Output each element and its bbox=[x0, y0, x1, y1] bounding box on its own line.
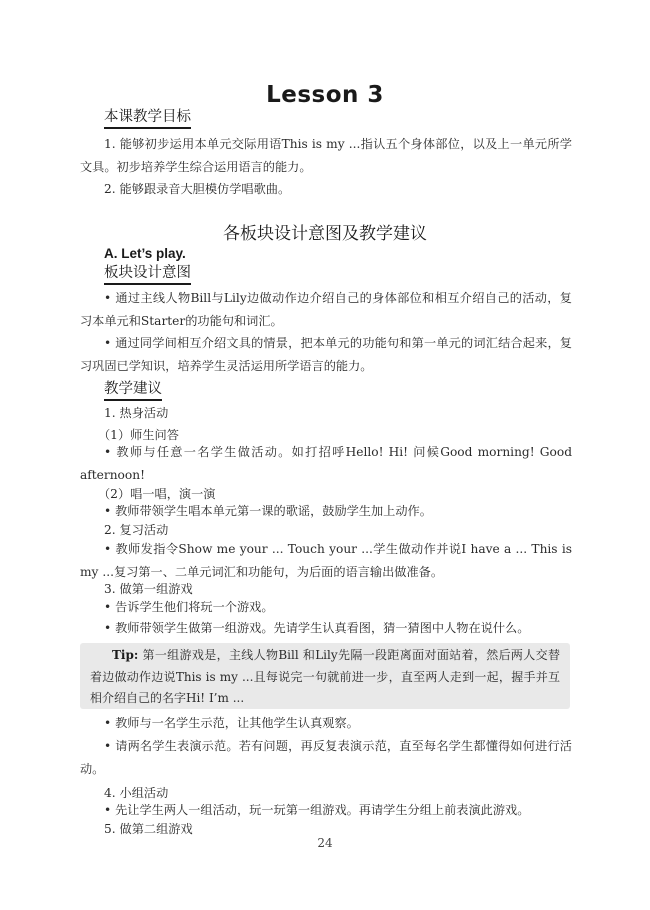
step2-text-content: • 教师发指令Show me your ... Touch your ...学生… bbox=[80, 542, 572, 579]
intent-item-1: • 通过主线人物Bill与Lily边做动作边介绍自己的身体部位和相互介绍自己的活… bbox=[80, 287, 572, 332]
step1-title: 1. 热身活动 bbox=[104, 404, 168, 422]
step3-text-3: • 教师与一名学生示范，让其他学生认真观察。 bbox=[80, 712, 572, 735]
objective-item-1-text: 1. 能够初步运用本单元交际用语This is my ...指认五个身体部位，以… bbox=[80, 137, 572, 174]
tip-content: 第一组游戏是，主线人物Bill 和Lily先隔一段距离面对面站着，然后两人交替着… bbox=[90, 648, 560, 705]
objective-item-1: 1. 能够初步运用本单元交际用语This is my ...指认五个身体部位，以… bbox=[80, 133, 572, 178]
step3-text-4-content: • 请两名学生表演示范。若有问题，再反复表演示范，直至每名学生都懂得如何进行活动… bbox=[80, 739, 572, 776]
design-heading: 各板块设计意图及教学建议 bbox=[0, 219, 650, 244]
objective-item-2-text: 2. 能够跟录音大胆模仿学唱歌曲。 bbox=[104, 182, 290, 196]
section-a-heading: A. Let’s play. bbox=[104, 246, 186, 261]
step3-text-2: • 教师带领学生做第一组游戏。先请学生认真看图，猜一猜图中人物在说什么。 bbox=[80, 617, 572, 640]
step4-text-content: • 先让学生两人一组活动，玩一玩第一组游戏。再请学生分组上前表演此游戏。 bbox=[104, 803, 529, 817]
step1-sub2-text: • 教师带领学生唱本单元第一课的歌谣，鼓励学生加上动作。 bbox=[80, 500, 572, 523]
step2-text: • 教师发指令Show me your ... Touch your ...学生… bbox=[80, 538, 572, 583]
lesson-title: Lesson 3 bbox=[0, 82, 650, 108]
suggestions-heading: 教学建议 bbox=[104, 380, 162, 401]
step4-text: • 先让学生两人一组活动，玩一玩第一组游戏。再请学生分组上前表演此游戏。 bbox=[80, 799, 572, 822]
intent-heading: 板块设计意图 bbox=[104, 264, 191, 285]
step3-text-4: • 请两名学生表演示范。若有问题，再反复表演示范，直至每名学生都懂得如何进行活动… bbox=[80, 735, 572, 780]
step2-title: 2. 复习活动 bbox=[104, 521, 168, 539]
page-number: 24 bbox=[0, 836, 650, 850]
document-page: Lesson 3 本课教学目标 1. 能够初步运用本单元交际用语This is … bbox=[0, 0, 650, 910]
tip-text: Tip: 第一组游戏是，主线人物Bill 和Lily先隔一段距离面对面站着，然后… bbox=[90, 645, 560, 710]
objective-item-2: 2. 能够跟录音大胆模仿学唱歌曲。 bbox=[80, 178, 572, 201]
objectives-heading: 本课教学目标 bbox=[104, 108, 191, 129]
step3-text-2-content: • 教师带领学生做第一组游戏。先请学生认真看图，猜一猜图中人物在说什么。 bbox=[104, 621, 529, 635]
step1-sub1-text: • 教师与任意一名学生做活动。如打招呼Hello! Hi! 问候Good mor… bbox=[80, 441, 572, 486]
tip-box: Tip: 第一组游戏是，主线人物Bill 和Lily先隔一段距离面对面站着，然后… bbox=[80, 643, 570, 709]
step1-sub2-text-content: • 教师带领学生唱本单元第一课的歌谣，鼓励学生加上动作。 bbox=[104, 504, 432, 518]
intent-item-2-text: • 通过同学间相互介绍文具的情景，把本单元的功能句和第一单元的词汇结合起来，复习… bbox=[80, 336, 572, 373]
step3-text-1: • 告诉学生他们将玩一个游戏。 bbox=[80, 596, 572, 619]
step1-sub1-text-content: • 教师与任意一名学生做活动。如打招呼Hello! Hi! 问候Good mor… bbox=[80, 445, 572, 482]
step3-text-1-content: • 告诉学生他们将玩一个游戏。 bbox=[104, 600, 274, 614]
intent-item-2: • 通过同学间相互介绍文具的情景，把本单元的功能句和第一单元的词汇结合起来，复习… bbox=[80, 332, 572, 377]
intent-item-1-text: • 通过主线人物Bill与Lily边做动作边介绍自己的身体部位和相互介绍自己的活… bbox=[80, 291, 572, 328]
tip-label: Tip: bbox=[112, 648, 138, 662]
step3-text-3-content: • 教师与一名学生示范，让其他学生认真观察。 bbox=[104, 716, 359, 730]
